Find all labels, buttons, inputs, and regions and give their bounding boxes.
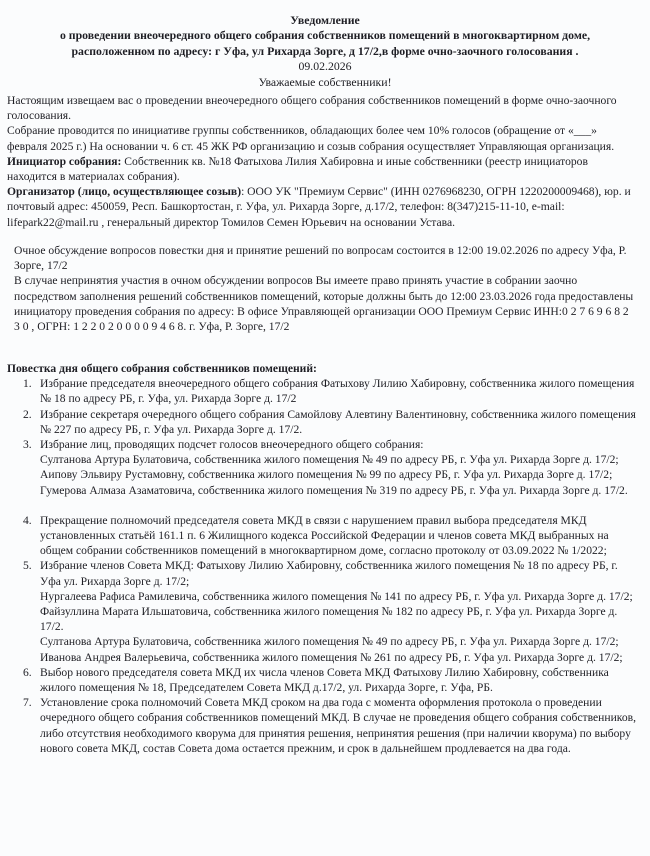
organizer-label: Организатор (лицо, осуществляющее созыв): [7, 185, 241, 198]
document-header: Уведомление о проведении внеочередного о…: [0, 13, 650, 90]
agenda-item: 5.Избрание членов Совета МКД: Фатыхову Л…: [7, 558, 639, 664]
document-title: Уведомление: [0, 13, 650, 28]
agenda-item-text: Избрание секретаря очередного общего соб…: [40, 407, 639, 437]
document-subtitle-line1: о проведении внеочередного общего собран…: [0, 28, 650, 43]
initiator-label: Инициатор собрания:: [7, 155, 121, 168]
agenda-item: 7.Установление срока полномочий Совета М…: [7, 695, 639, 756]
agenda-item-text: Выбор нового председателя совета МКД их …: [40, 665, 639, 695]
document-subtitle-line2: расположенном по адресу: г Уфа, ул Рихар…: [0, 44, 650, 59]
document-page: Уведомление о проведении внеочередного о…: [0, 0, 650, 856]
agenda-item-text: Установление срока полномочий Совета МКД…: [40, 695, 639, 756]
agenda-item-text: Избрание членов Совета МКД: Фатыхову Лил…: [40, 558, 639, 588]
agenda-item-text: Избрание председателя внеочередного обще…: [40, 376, 639, 406]
greeting: Уважаемые собственники!: [0, 75, 650, 90]
agenda-item-number: 2.: [23, 407, 32, 422]
agenda-item-text: Султанова Артура Булатовича, собственник…: [40, 452, 639, 467]
agenda-item: 1.Избрание председателя внеочередного об…: [7, 376, 639, 406]
agenda-item-number: 1.: [23, 376, 32, 391]
agenda-section: Повестка дня общего собрания собственник…: [7, 361, 639, 756]
agenda-item-text: Прекращение полномочий председателя сове…: [40, 513, 639, 559]
agenda-item-text: Иванова Андрея Валерьевича, собственника…: [40, 650, 639, 665]
agenda-item-number: 5.: [23, 558, 32, 573]
agenda-item-number: 6.: [23, 665, 32, 680]
agenda-heading: Повестка дня общего собрания собственник…: [7, 361, 639, 376]
agenda-item-number: 3.: [23, 437, 32, 452]
agenda-item-text: Аипову Эльвиру Рустамовну, собственника …: [40, 467, 639, 482]
agenda-item: 6.Выбор нового председателя совета МКД и…: [7, 665, 639, 695]
agenda-item: 2.Избрание секретаря очередного общего с…: [7, 407, 639, 437]
agenda-item-number: 7.: [23, 695, 32, 710]
agenda-item: 4.Прекращение полномочий председателя со…: [7, 513, 639, 559]
intro-notice: Настоящим извещаем вас о проведении внео…: [7, 93, 637, 123]
agenda-item-text: Гумерова Алмаза Азаматовича, собственник…: [40, 483, 639, 498]
agenda-item-text: Файзуллина Марата Ильшатовича, собственн…: [40, 604, 639, 634]
agenda-item-number: 4.: [23, 513, 32, 528]
initiator-paragraph: Инициатор собрания: Собственник кв. №18 …: [7, 154, 637, 184]
in-person-meeting-info: Очное обсуждение вопросов повестки дня и…: [14, 243, 634, 273]
organizer-paragraph: Организатор (лицо, осуществляющее созыв)…: [7, 184, 637, 230]
agenda-item-text: Султанова Артура Булатовича, собственник…: [40, 634, 639, 649]
intro-initiative: Собрание проводится по инициативе группы…: [7, 123, 637, 153]
schedule-section: Очное обсуждение вопросов повестки дня и…: [14, 243, 634, 334]
absentee-voting-info: В случае непринятия участия в очном обсу…: [14, 273, 634, 334]
agenda-item-text: Избрание лиц, проводящих подсчет голосов…: [40, 437, 639, 452]
intro-section: Настоящим извещаем вас о проведении внео…: [7, 93, 637, 230]
agenda-item-text: Нургалеева Рафиса Рамилевича, собственни…: [40, 589, 639, 604]
agenda-item: 3.Избрание лиц, проводящих подсчет голос…: [7, 437, 639, 498]
document-date: 09.02.2026: [0, 59, 650, 74]
agenda-list: 1.Избрание председателя внеочередного об…: [7, 376, 639, 756]
